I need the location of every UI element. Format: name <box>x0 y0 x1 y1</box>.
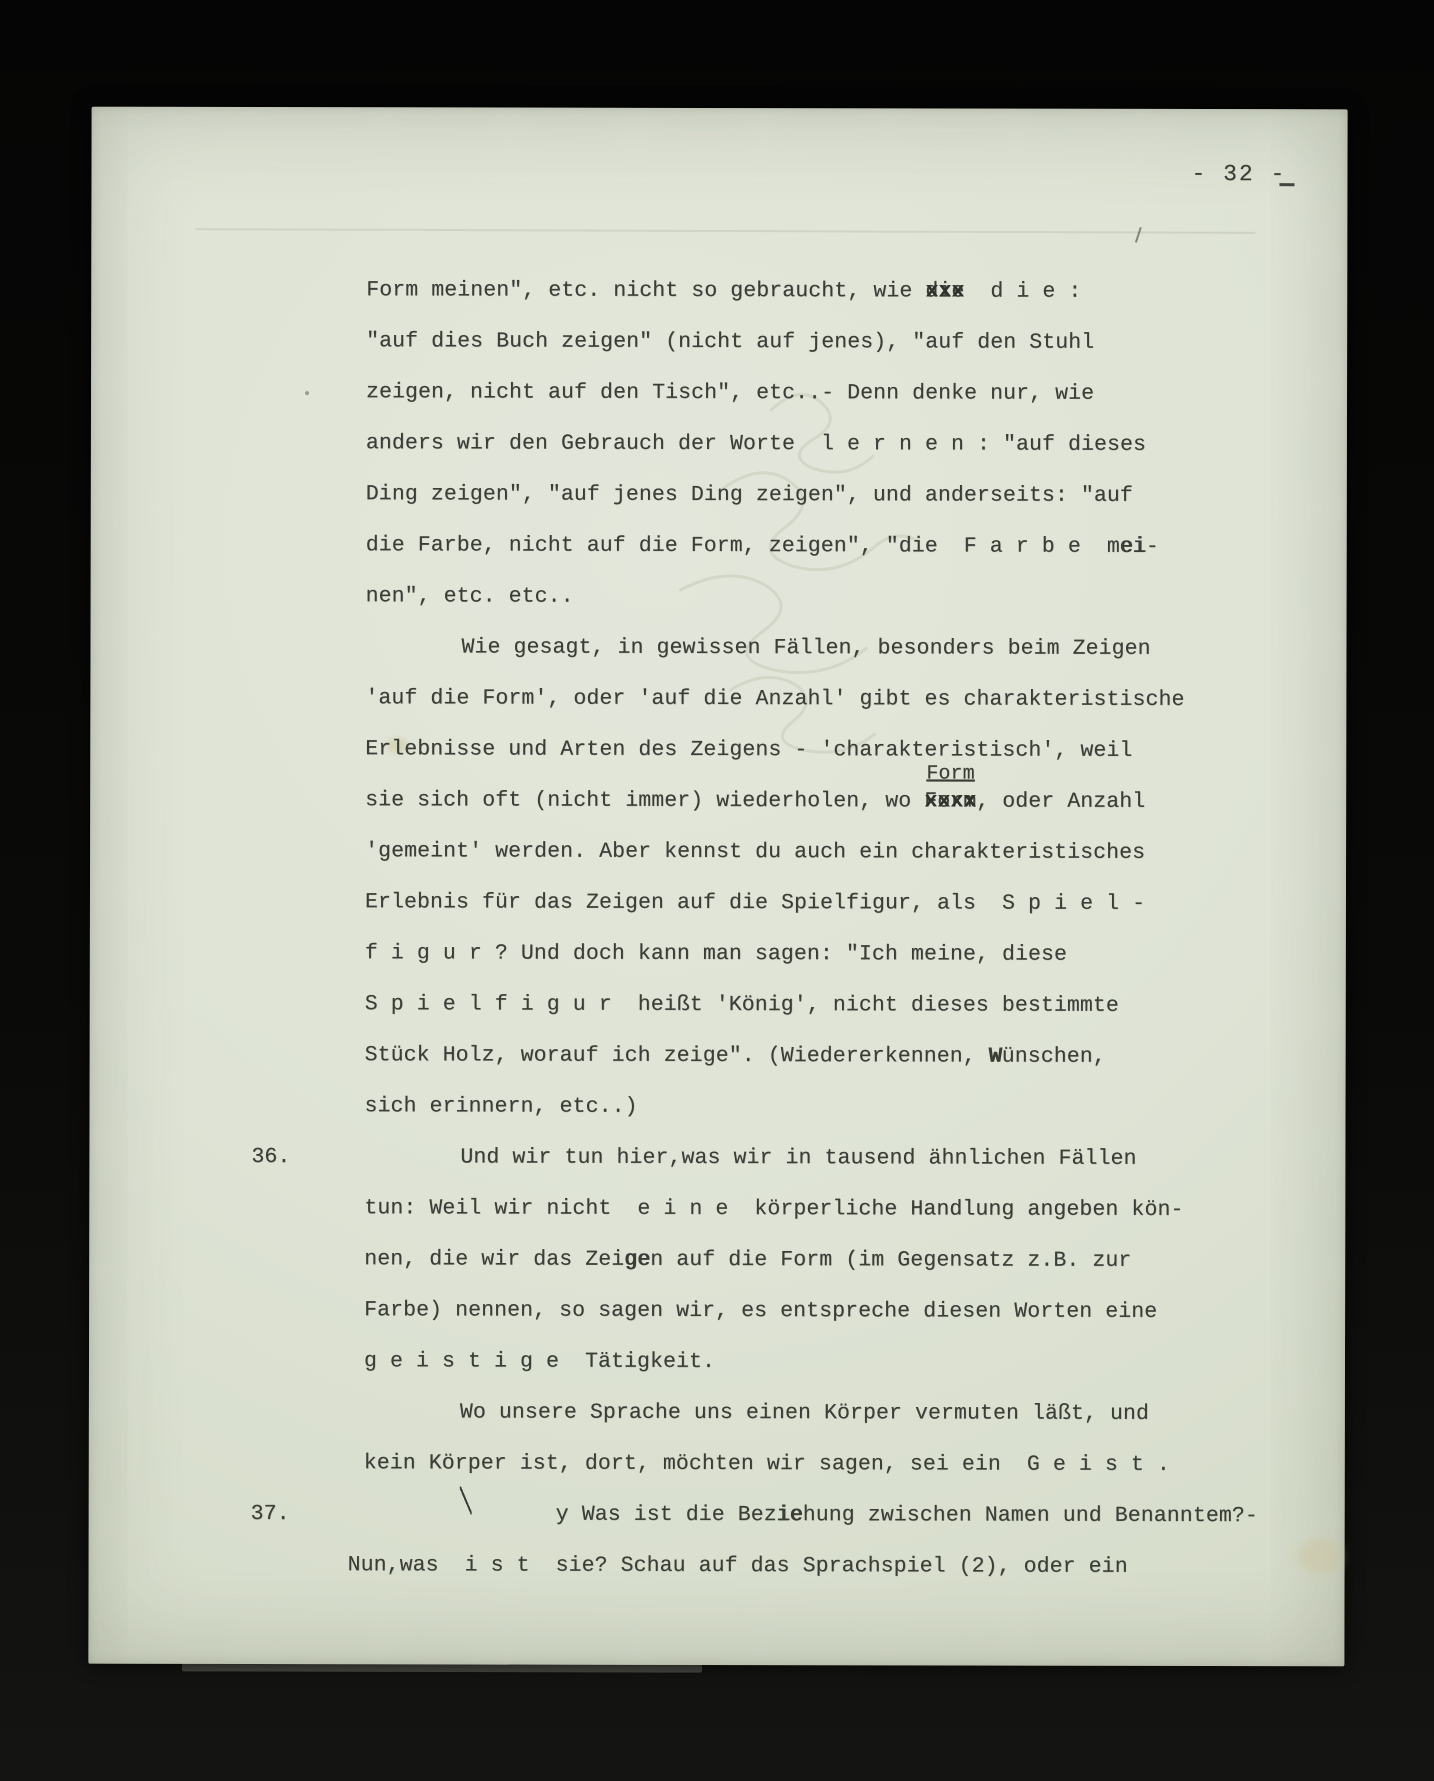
x-struck-word: FormxxxxForm <box>924 776 976 827</box>
overtyped-characters: W <box>989 1045 1002 1069</box>
interlinear-insertion: Form <box>926 748 975 799</box>
typewritten-line: Nun,was i s t sie? Schau auf das Sprachs… <box>364 1540 1284 1593</box>
x-struck-word: diexxx <box>925 266 964 317</box>
typewritten-line: sie sich oft (nicht immer) wiederholen, … <box>365 775 1285 828</box>
typewritten-line: tun: Weil wir nicht e i n e körperliche … <box>364 1183 1284 1236</box>
typewritten-text-block: Form meinen", etc. nicht so gebraucht, w… <box>364 265 1287 1593</box>
typewritten-line: y Was ist die Beziehung zwischen Namen u… <box>364 1489 1284 1542</box>
typewritten-line: anders wir den Gebrauch der Worte l e r … <box>366 418 1286 471</box>
typewritten-line: Ding zeigen", "auf jenes Ding zeigen", u… <box>366 469 1286 522</box>
overtyped-characters: ei <box>1120 535 1146 559</box>
slashed-out-character: y <box>460 1489 569 1540</box>
typewritten-line: Wo unsere Sprache uns einen Körper vermu… <box>364 1387 1284 1440</box>
paragraph: Wie gesagt, in gewissen Fällen, besonder… <box>364 622 1285 1134</box>
typewritten-line: Erlebnisse und Arten des Zeigens - 'char… <box>365 724 1285 777</box>
paragraph: Form meinen", etc. nicht so gebraucht, w… <box>366 265 1287 624</box>
typewritten-line: Stück Holz, worauf ich zeige". (Wiederer… <box>365 1030 1285 1083</box>
typewritten-line: zeigen, nicht auf den Tisch", etc..- Den… <box>366 367 1286 420</box>
typewritten-line: "auf dies Buch zeigen" (nicht auf jenes)… <box>366 316 1286 369</box>
typewritten-line: Form meinen", etc. nicht so gebraucht, w… <box>366 265 1286 318</box>
paragraph: Wo unsere Sprache uns einen Körper vermu… <box>364 1387 1284 1491</box>
margin-paragraph-number: 36. <box>251 1132 290 1183</box>
paper-crease <box>195 228 1255 234</box>
typewritten-line: nen, die wir das Zeigen auf die Form (im… <box>364 1234 1284 1287</box>
x-overstrike: xxx <box>925 266 964 317</box>
pencil-dot <box>305 391 309 395</box>
page-number: - 32 - <box>1191 161 1286 187</box>
typewritten-line: kein Körper ist, dort, möchten wir sagen… <box>364 1438 1284 1491</box>
typewritten-line: 'auf die Form', oder 'auf die Anzahl' gi… <box>365 673 1285 726</box>
paper-stain <box>1297 1539 1343 1573</box>
typewritten-line: Und wir tun hier,was wir in tausend ähnl… <box>364 1132 1284 1185</box>
stray-pen-mark <box>1135 227 1142 243</box>
typewritten-line: Erlebnis für das Zeigen auf die Spielfig… <box>365 877 1285 930</box>
typewritten-line: S p i e l f i g u r heißt 'König', nicht… <box>365 979 1285 1032</box>
manuscript-page: - 32 - Form meinen", etc. nicht so gebra… <box>88 107 1347 1667</box>
typewritten-line: Wie gesagt, in gewissen Fällen, besonder… <box>365 622 1285 675</box>
typewritten-line: 'gemeint' werden. Aber kennst du auch ei… <box>365 826 1285 879</box>
overtyped-characters: ie <box>777 1503 803 1527</box>
paragraph: 36.Und wir tun hier,was wir in tausend ä… <box>364 1132 1285 1389</box>
paragraph: 37.y Was ist die Beziehung zwischen Name… <box>364 1489 1284 1593</box>
typewritten-line: Farbe) nennen, so sagen wir, es entsprec… <box>364 1285 1284 1338</box>
typewritten-line: sich erinnern, etc..) <box>364 1081 1284 1134</box>
typewritten-line: die Farbe, nicht auf die Form, zeigen", … <box>366 520 1286 573</box>
margin-paragraph-number: 37. <box>251 1489 290 1540</box>
overtyped-characters: ge <box>624 1248 650 1272</box>
typewritten-line: nen", etc. etc.. <box>366 571 1286 624</box>
typewritten-line: f i g u r ? Und doch kann man sagen: "Ic… <box>365 928 1285 981</box>
typewritten-line: g e i s t i g e Tätigkeit. <box>364 1336 1284 1389</box>
photograph-background: - 32 - Form meinen", etc. nicht so gebra… <box>0 0 1434 1781</box>
